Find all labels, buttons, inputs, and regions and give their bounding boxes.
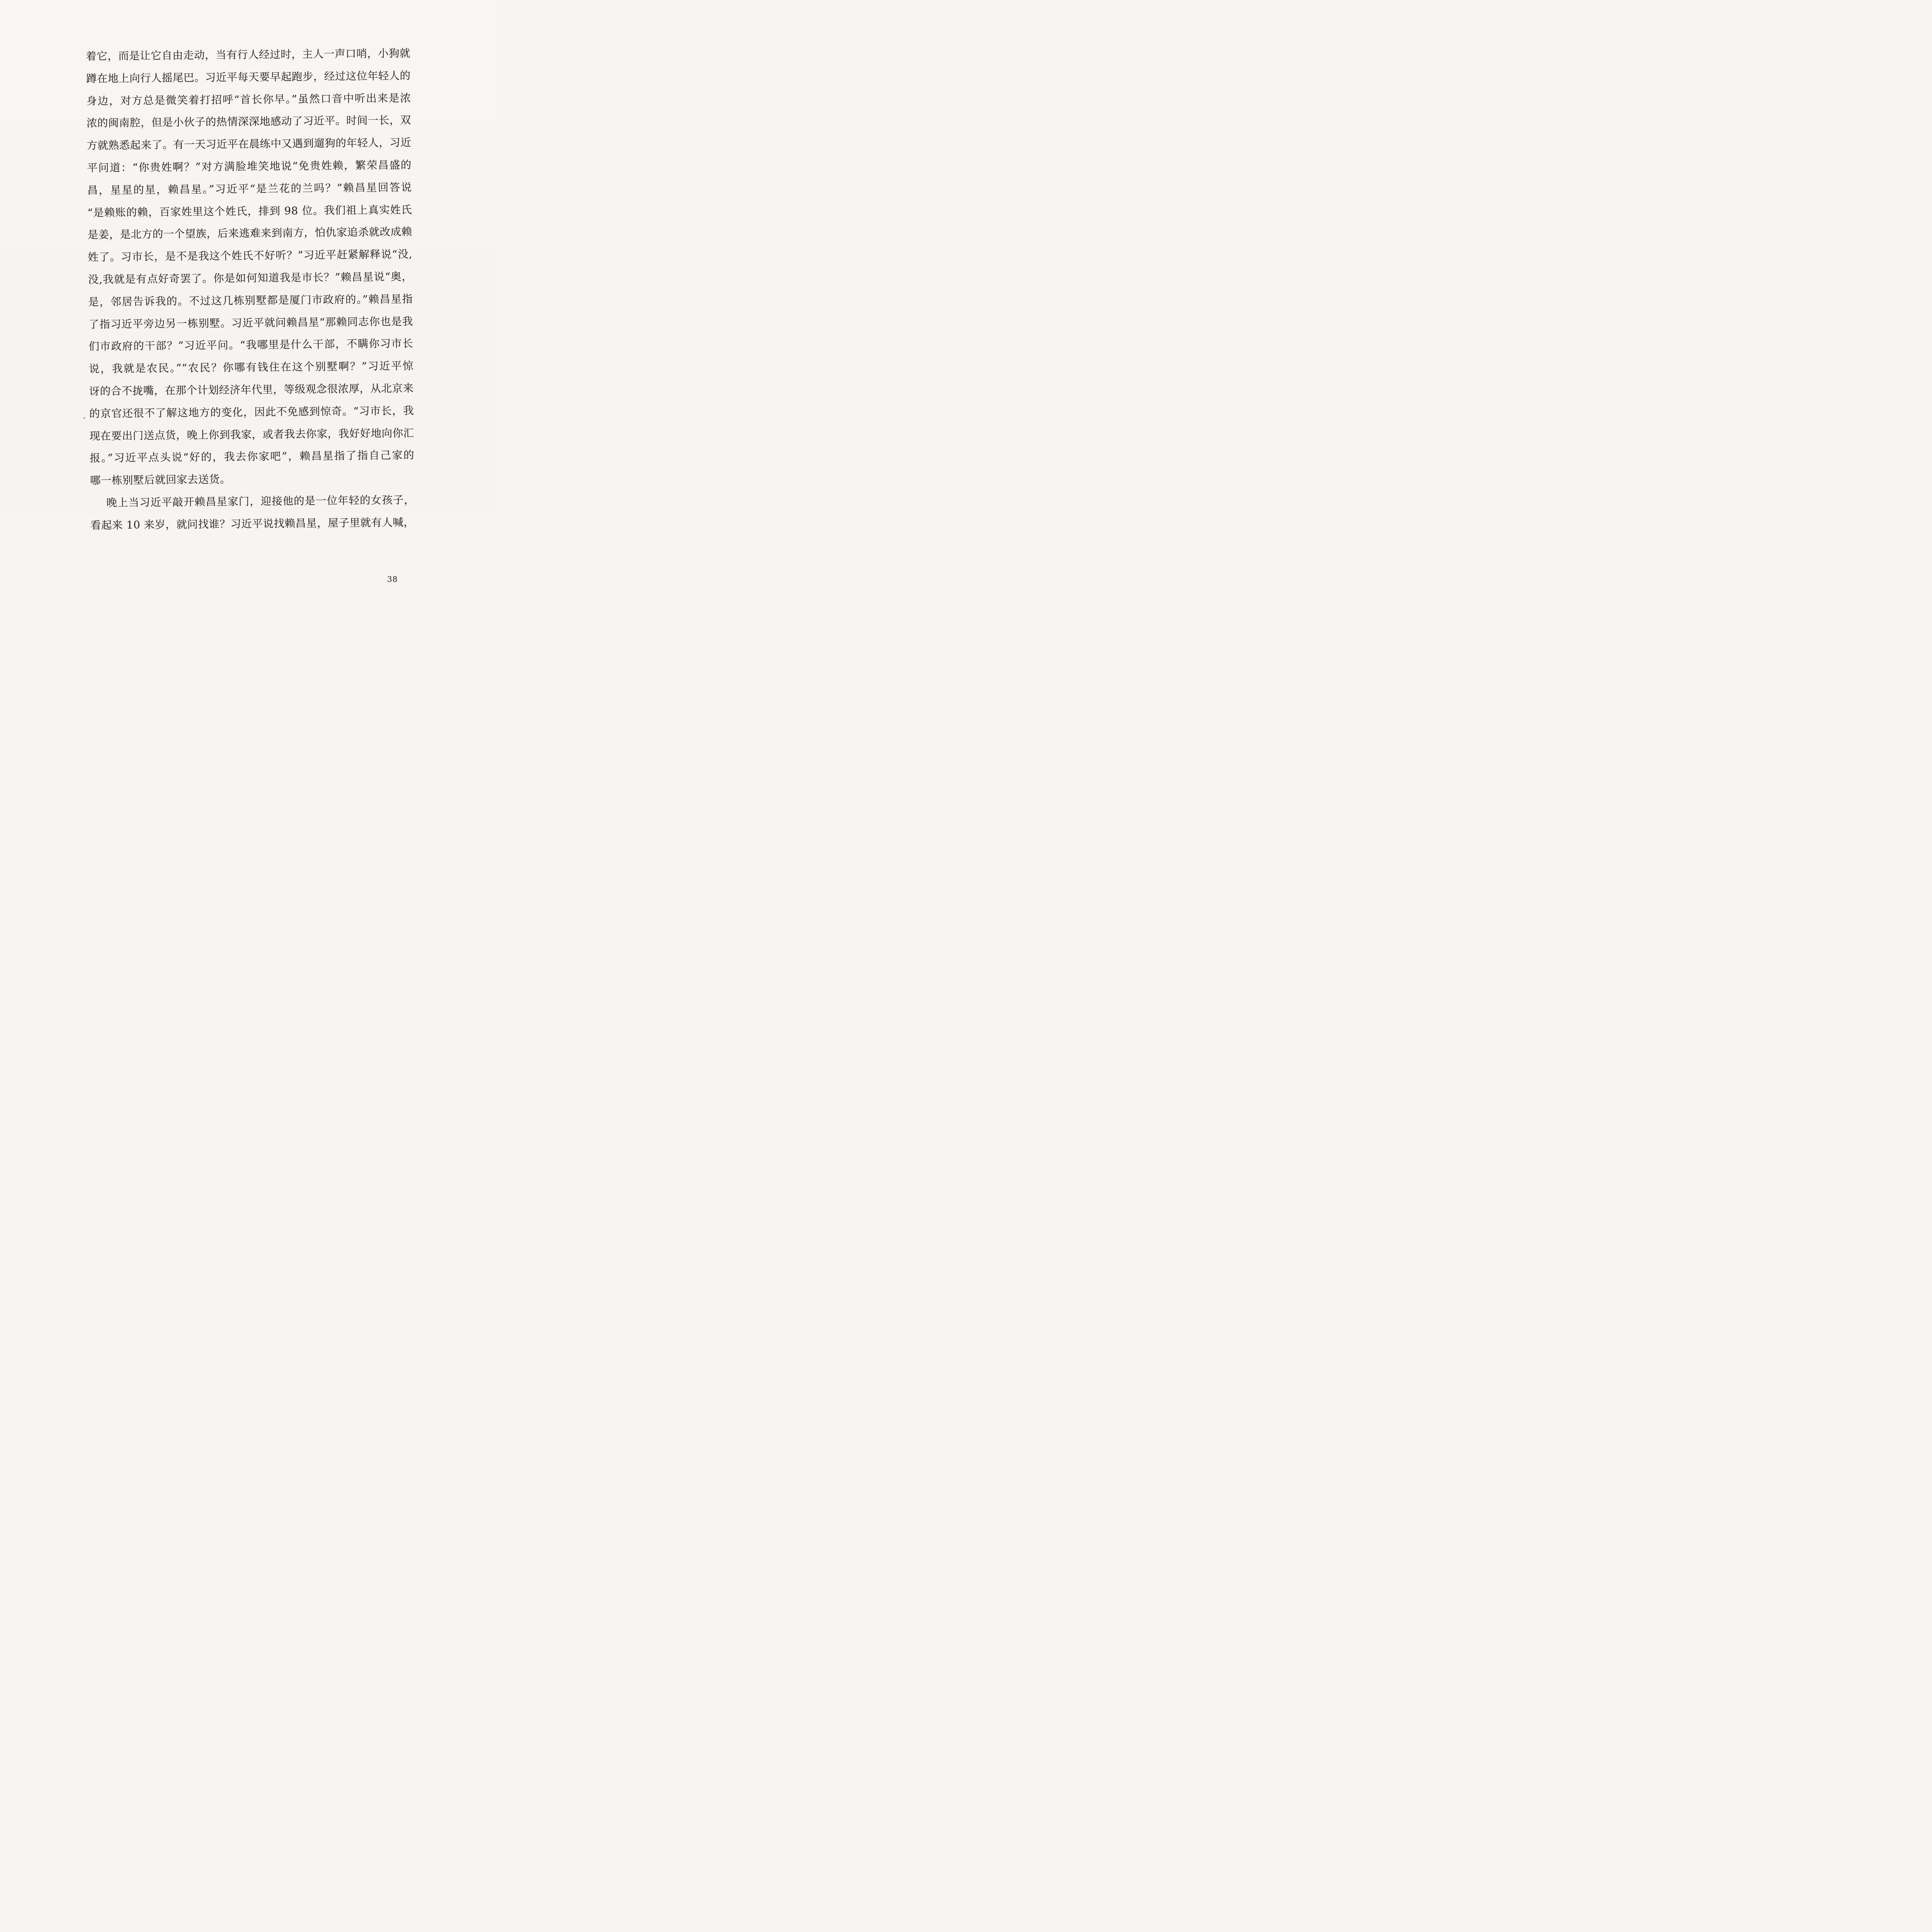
- text-line: 现在要出门送点货，晚上你到我家，或者我去你家，我好好地向你汇: [89, 422, 414, 447]
- page-number: 38: [387, 575, 398, 584]
- text-line: 哪一栋别墅后就回家去送货。: [90, 467, 415, 492]
- scan-speck: [83, 417, 85, 419]
- text-line: 着它，而是让它自由走动，当有行人经过时，主人一声口哨，小狗就: [86, 43, 411, 68]
- text-line: 说，我就是农民。”“农民？你哪有钱住在这个别墅啊？”习近平惊: [89, 355, 414, 381]
- text-line: 讶的合不拢嘴，在那个计划经济年代里，等级观念很浓厚，从北京来: [89, 378, 414, 403]
- text-line: 是，邻居告诉我的。不过这几栋别墅都是厦门市政府的。”赖昌星指: [88, 288, 413, 314]
- text-line: 没,我就是有点好奇罢了。你是如何知道我是市长？”赖昌星说“奥，: [88, 266, 413, 291]
- text-line: 是姜，是北方的一个望族，后来逃难来到南方，怕仇家追杀就改成赖: [87, 221, 412, 247]
- text-line: 蹲在地上向行人摇尾巴。习近平每天要早起跑步，经过这位年轻人的: [86, 65, 411, 90]
- text-line: 了指习近平旁边另一栋别墅。习近平就问赖昌星“那赖同志你也是我: [88, 310, 413, 336]
- page-text: 着它，而是让它自由走动，当有行人经过时，主人一声口哨，小狗就 蹲在地上向行人摇尾…: [86, 43, 415, 537]
- text-line: 看起来 10 来岁，就问找谁？习近平说找赖昌星，屋子里就有人喊，: [90, 512, 415, 537]
- text-line: 的京官还很不了解这地方的变化，因此不免感到惊奇。“习市长，我: [89, 400, 414, 425]
- text-line: “是赖账的赖，百家姓里这个姓氏，排到 98 位。我们祖上真实姓氏: [87, 199, 412, 224]
- text-line: 身边，对方总是微笑着打招呼“首长你早。”虽然口音中听出来是浓: [86, 87, 411, 113]
- paragraph-start-line: 晚上当习近平敲开赖昌星家门，迎接他的是一位年轻的女孩子，: [90, 489, 415, 515]
- text-line: 报。”习近平点头说“好的，我去你家吧”，赖昌星指了指自己家的: [90, 444, 415, 470]
- text-line: 浓的闽南腔，但是小伙子的热情深深地感动了习近平。时间一长，双: [87, 109, 412, 135]
- text-line: 昌，星星的星，赖昌星。”习近平“是兰花的兰吗？”赖昌星回答说: [87, 177, 412, 202]
- text-line: 姓了。习市长，是不是我这个姓氏不好听？”习近平赶紧解释说“没,: [88, 243, 413, 269]
- text-line: 方就熟悉起来了。有一天习近平在晨练中又遇到遛狗的年轻人，习近: [87, 132, 412, 157]
- text-line: 们市政府的干部？”习近平问。“我哪里是什么干部，不瞒你习市长: [88, 333, 413, 358]
- scanned-page: 着它，而是让它自由走动，当有行人经过时，主人一声口哨，小狗就 蹲在地上向行人摇尾…: [0, 0, 495, 637]
- text-line: 平问道：“你贵姓啊？”对方满脸堆笑地说“免贵姓赖，繁荣昌盛的: [87, 154, 412, 180]
